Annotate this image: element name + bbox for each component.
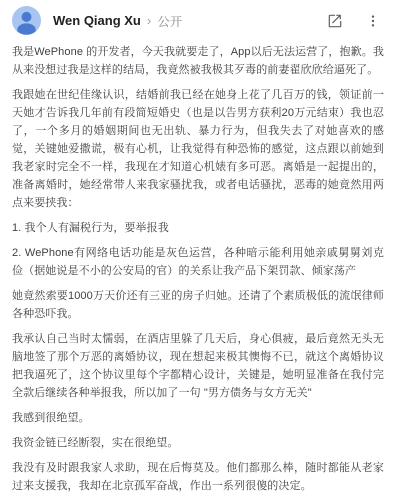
post-body: 我是WePhone 的开发者，今天我就要走了，App以后无法运营了，抱歉。我从来… — [0, 40, 396, 495]
header-actions — [328, 14, 382, 28]
author-name[interactable]: Wen Qiang Xu — [53, 13, 141, 28]
post-paragraph-despair-2: 我资金链已经断裂，实在很绝望。 — [12, 434, 384, 452]
post-list-item-1: 1. 我个人有漏税行为，要举报我 — [12, 219, 384, 237]
post-header: Wen Qiang Xu › 公开 — [0, 0, 396, 40]
post-paragraph-intro: 我是WePhone 的开发者，今天我就要走了，App以后无法运营了，抱歉。我从来… — [12, 43, 384, 79]
chevron-separator-icon: › — [147, 14, 151, 27]
post-paragraph-demand: 她竟然索要1000万天价还有三亚的房子归她。还请了个素质极低的流氓律师各种恐吓我… — [12, 287, 384, 323]
post-card: Wen Qiang Xu › 公开 我是WePhone 的开发者，今天我就要走了… — [0, 0, 396, 500]
post-paragraph-despair-1: 我感到很绝望。 — [12, 409, 384, 427]
avatar[interactable] — [12, 6, 41, 35]
post-list-item-2: 2. WePhone有网络电话功能是灰色运营，各种暗示能利用她亲戚舅舅刘克俭（据… — [12, 244, 384, 280]
more-options-icon[interactable] — [366, 14, 380, 28]
post-paragraph-agreement: 我承认自己当时太懦弱，在酒店里躲了几天后，身心俱疲，最后竟然无头无脑地签了那个万… — [12, 330, 384, 402]
open-in-new-icon[interactable] — [328, 14, 342, 28]
author-line: Wen Qiang Xu › 公开 — [53, 12, 328, 30]
visibility-label: 公开 — [157, 12, 182, 30]
post-paragraph-story: 我跟她在世纪佳缘认识，结婚前我已经在她身上花了几百万的钱，领证前一天她才告诉我几… — [12, 86, 384, 212]
default-person-avatar-icon — [12, 6, 41, 35]
post-paragraph-family: 我没有及时跟我家人求助，现在后悔莫及。他们都那么棒，随时都能从老家过来支援我，我… — [12, 459, 384, 495]
